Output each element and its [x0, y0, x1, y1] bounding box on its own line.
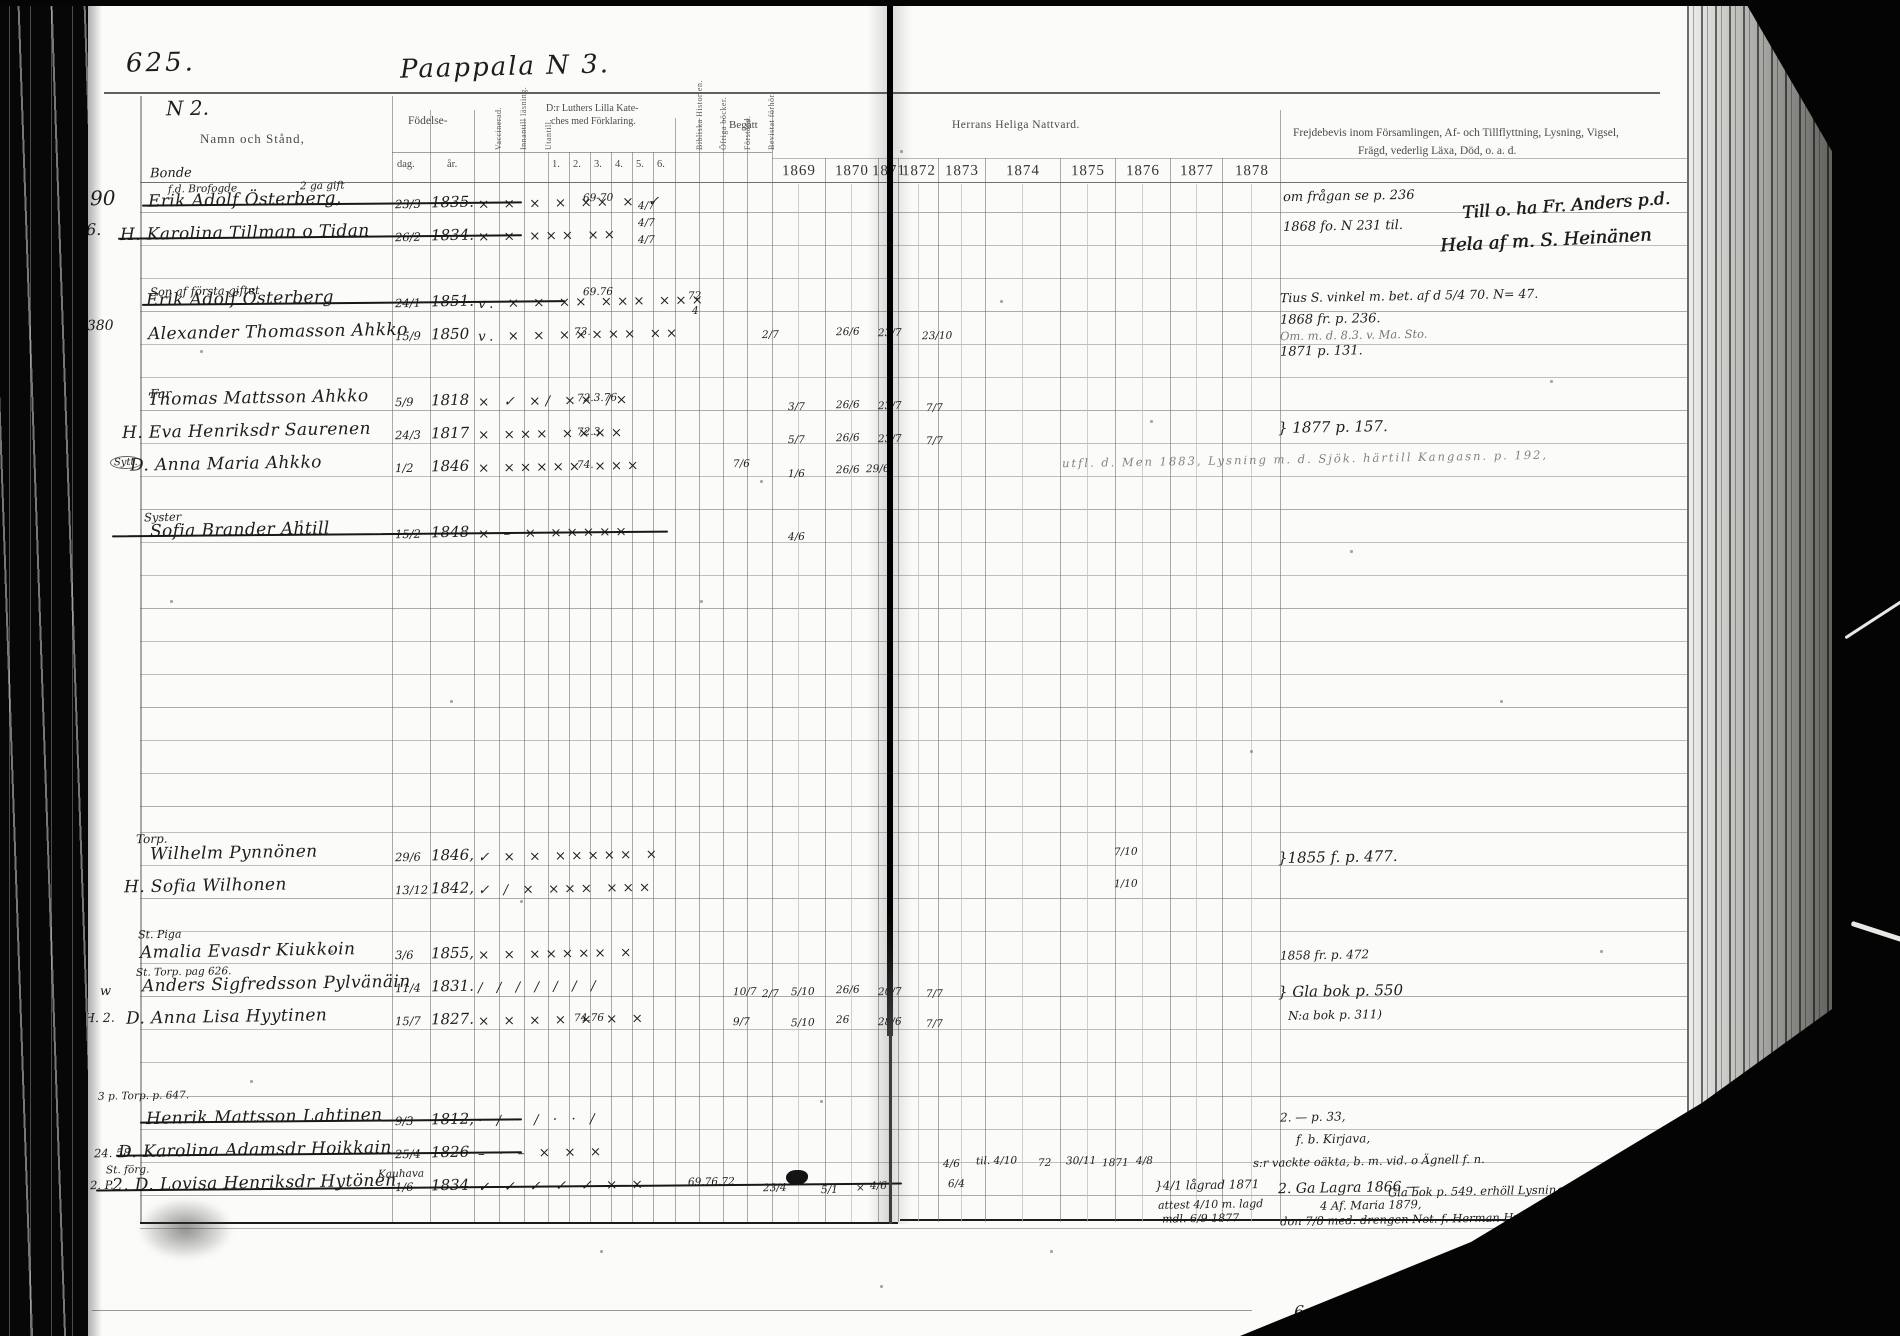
dust-speck: [300, 520, 303, 523]
column-line: [1280, 110, 1281, 1222]
dust-speck: [170, 600, 173, 603]
rule-line: [140, 1096, 1687, 1097]
table-bottom-border: [140, 1228, 1687, 1229]
rule-line: [140, 509, 1687, 510]
col-header-catechism-2: ches med Förklaring.: [551, 116, 636, 127]
column-line: [675, 118, 676, 1222]
birth-day: 3/6: [395, 948, 414, 962]
rule-line: [140, 740, 1687, 741]
grid-entry: 72.3.76: [577, 392, 617, 405]
dust-speck: [1050, 1250, 1053, 1253]
grid-entry: 7/6: [733, 458, 750, 470]
birth-year: 1827.: [431, 1010, 474, 1029]
column-line: [985, 158, 986, 1222]
dust-speck: [330, 950, 333, 953]
header-rule: [392, 152, 772, 153]
reading-marks: × × × × × × ×: [478, 1011, 648, 1030]
grid-entry: 26/6: [836, 432, 860, 444]
dust-speck: [700, 600, 703, 603]
annotation: f. b. Kirjava,: [1296, 1131, 1370, 1146]
rule-line: [140, 674, 1687, 675]
grid-entry: 69.76: [583, 286, 613, 299]
annotation: om frågan se p. 236: [1283, 188, 1415, 205]
grid-entry: 2/7: [762, 988, 779, 1000]
grid-entry: 1/10: [1114, 878, 1138, 890]
dust-speck: [1600, 950, 1603, 953]
grid-entry: ×: [856, 1182, 865, 1194]
rule-line: [140, 476, 1687, 477]
dust-speck: [760, 480, 763, 483]
column-line: [524, 118, 525, 1222]
column-subline: [961, 184, 962, 1222]
grid-entry: 7/7: [926, 402, 943, 414]
annotation: }4/1 lågrad 1871: [1155, 1177, 1260, 1193]
scan-left-edge: [0, 0, 88, 1336]
catechism-col-label: 1.: [552, 159, 560, 170]
grid-entry: 5/7: [788, 434, 805, 446]
year-label: 1876: [1126, 163, 1160, 181]
reading-marks: × ××× ××××: [478, 425, 627, 444]
rule-line: [140, 608, 1687, 609]
rule-line: [140, 575, 1687, 576]
person-name: D. Anna Maria Ahkko: [130, 452, 322, 475]
header-rule: [140, 182, 1687, 183]
annotation: 1868 fr. p. 236.: [1280, 311, 1381, 328]
column-subline: [1142, 184, 1143, 1222]
grid-entry: 3/7: [788, 401, 805, 413]
scan-top-edge: [0, 0, 1900, 6]
birth-day: 1/2: [395, 461, 414, 475]
scanned-church-record-page: 625. Paappala N 3. N 2. Namn och Stånd, …: [0, 0, 1900, 1336]
person-name: Wilhelm Pynnönen: [150, 842, 318, 865]
margin-note: 3 p. Torp. p. 647.: [98, 1089, 189, 1103]
year-label: 1873: [945, 163, 979, 181]
rule-line: [140, 377, 1687, 378]
annotation: attest 4/10 m. lagd: [1158, 1197, 1263, 1212]
catechism-col-label: 3.: [594, 159, 602, 170]
book-fold-line-lower: [889, 1034, 892, 1224]
dust-speck: [1250, 750, 1253, 753]
rotated-col-label: Bevistat förhör.: [767, 92, 776, 150]
grid-entry: 30/11: [1066, 1155, 1096, 1168]
column-line: [474, 110, 475, 1222]
birth-year: 1831.: [431, 977, 474, 996]
column-line: [938, 158, 939, 1222]
column-line: [1222, 158, 1223, 1222]
person-name: Erik Adolf Österberg: [146, 287, 334, 310]
column-subline: [1022, 184, 1023, 1222]
annotation: 2. — p. 33,: [1280, 1109, 1346, 1124]
person-name: D. Anna Lisa Hyytinen: [126, 1005, 328, 1029]
col-header-birth-year: år.: [447, 159, 457, 170]
rule-line: [140, 931, 1687, 932]
rotated-col-label: Utantill.: [544, 119, 553, 150]
grid-entry: 7/7: [926, 1018, 943, 1030]
grid-entry: 7/7: [926, 435, 943, 447]
rule-line: [140, 865, 1687, 866]
column-line: [1060, 158, 1061, 1222]
grid-entry: 72: [688, 290, 702, 302]
year-label: 1877: [1180, 163, 1214, 181]
annotation: 1868 fo. N 231 til.: [1283, 218, 1403, 235]
margin-note: St. Piga: [138, 928, 182, 942]
rule-line: [140, 311, 1687, 312]
column-line: [747, 118, 748, 1222]
rule-line: [140, 542, 1687, 543]
birth-year: 1855,: [431, 944, 474, 963]
grid-entry: 74.76: [574, 1012, 604, 1025]
annotation: Om. m. d. 8.3. v. Ma. Sto.: [1280, 327, 1428, 344]
grid-entry: 4/7: [638, 200, 655, 212]
column-line: [772, 110, 773, 1222]
column-subline: [851, 184, 852, 1222]
rule-line: [140, 1129, 1687, 1130]
year-label: 1869: [782, 163, 816, 181]
rule-line: [140, 898, 1687, 899]
person-name: Thomas Mattsson Ahkko: [148, 386, 369, 410]
person-name: Amalia Evasdr Kiukkoin: [140, 939, 356, 963]
column-line: [723, 118, 724, 1222]
column-line: [1170, 158, 1171, 1222]
grid-entry: 26/6: [836, 326, 860, 338]
birth-year: 1818: [431, 391, 469, 410]
grid-entry: 7/7: [926, 988, 943, 1000]
birth-day: 29/6: [395, 850, 421, 864]
rule-line: [140, 1029, 1687, 1030]
page-number: 625.: [126, 47, 196, 78]
column-line: [590, 152, 591, 1222]
birth-year: 1817: [431, 424, 469, 443]
col-header-birth-day: dag.: [397, 159, 415, 170]
table-bottom-border: [140, 1222, 898, 1224]
rotated-col-label: Vaccinerad.: [494, 107, 503, 150]
annotation: } 1877 p. 157.: [1278, 417, 1388, 437]
birth-day: 13/12: [395, 883, 428, 898]
dust-speck: [520, 900, 523, 903]
reading-marks: × × ××××× ×: [478, 945, 637, 964]
rotated-col-label: Innantill läsning.: [519, 87, 528, 150]
book-fold-line: [887, 6, 893, 1036]
rotated-col-label: Förstånd.: [743, 116, 752, 151]
column-line: [699, 118, 700, 1222]
grid-entry: 4/6: [943, 1158, 960, 1170]
annotation: 4 Af. Maria 1879,: [1320, 1197, 1422, 1213]
rule-line: [140, 212, 1687, 213]
rule-line: [140, 278, 1687, 279]
annotation: 1871 p. 131.: [1280, 343, 1363, 359]
rule-line: [140, 832, 1687, 833]
margin-note: Bonde: [150, 166, 192, 182]
year-label: 1875: [1071, 163, 1105, 181]
column-line: [632, 152, 633, 1222]
grid-entry: 1871: [1102, 1157, 1129, 1169]
person-name: Sofia Brander Ahtill: [150, 518, 330, 541]
rule-line: [140, 1062, 1687, 1063]
col-header-catechism-1: D:r Luthers Lilla Kate-: [546, 103, 638, 114]
grid-entry: 26/6: [836, 984, 860, 996]
dust-speck: [250, 1080, 253, 1083]
grid-entry: til. 4/10: [976, 1155, 1017, 1168]
rule-line: [140, 806, 1687, 807]
reading-marks: ✓ / × ××× ×××: [478, 879, 655, 898]
grid-entry: 26: [836, 1014, 850, 1026]
grid-entry: 69.76.72: [688, 1176, 735, 1189]
grid-entry: 73.: [574, 326, 591, 338]
dust-speck: [1150, 420, 1153, 423]
birth-day: 5/9: [395, 395, 414, 409]
col-header-name: Namn och Stånd,: [200, 131, 305, 147]
col-header-birth: Födelse-: [408, 115, 448, 127]
column-line: [430, 110, 431, 1222]
dust-speck: [880, 1285, 883, 1288]
dust-speck: [1550, 380, 1553, 383]
person-name: Erik Adolf Österberg,: [148, 188, 342, 211]
annotation: N:a bok p. 311): [1288, 1007, 1382, 1023]
column-line: [548, 152, 549, 1222]
column-line: [499, 118, 500, 1222]
column-line: [611, 152, 612, 1222]
page-title: Paappala N 3.: [400, 49, 611, 84]
grid-entry: 1/6: [788, 468, 805, 480]
year-label: 1874: [1006, 163, 1040, 181]
col-header-communion-right: Herrans Heliga Nattvard.: [952, 119, 1080, 131]
grid-entry: 4/7: [638, 234, 655, 246]
dust-speck: [1000, 300, 1003, 303]
reading-marks: / / / / / / /: [478, 978, 601, 996]
grid-entry: 9/7: [733, 1016, 750, 1028]
grid-entry: 4: [692, 305, 699, 317]
column-line: [392, 96, 393, 1222]
column-subline: [798, 184, 799, 1222]
birth-day: 15/9: [395, 329, 421, 343]
page-left-shadow: [88, 6, 102, 1336]
birth-year: 1834: [431, 1176, 469, 1195]
column-subline: [918, 184, 919, 1222]
grid-entry: 72: [1038, 1157, 1052, 1169]
column-line: [140, 96, 142, 1222]
rotated-col-label: Öfriga böcker.: [719, 97, 728, 150]
grid-entry: 74.: [577, 459, 594, 471]
rotated-col-label: Bibliska Historien.: [695, 80, 704, 150]
column-line: [825, 158, 826, 1222]
col-header-remarks-2: Frägd, vederlig Läxa, Död, o. a. d.: [1358, 145, 1516, 157]
rule-line: [140, 963, 1687, 964]
column-subline: [1087, 184, 1088, 1222]
dust-speck: [600, 1250, 603, 1253]
birth-day: 24/3: [395, 428, 421, 442]
catechism-col-label: 5.: [636, 159, 644, 170]
col-header-remarks-1: Frejdebevis inom Församlingen, Af- och T…: [1293, 127, 1619, 139]
catechism-col-label: 6.: [657, 159, 665, 170]
entry-number: N 2.: [166, 96, 209, 121]
annotation: } Gla bok p. 550: [1278, 981, 1403, 1001]
column-line: [1115, 158, 1116, 1222]
grid-entry: 4/6: [788, 531, 805, 543]
annotation: }1855 f. p. 477.: [1278, 847, 1398, 867]
birth-year: 1842,: [431, 879, 474, 898]
reading-marks: ✓ × × ××××× ×: [478, 846, 662, 865]
scan-smudge: [138, 1198, 233, 1260]
dust-speck: [820, 1100, 823, 1103]
grid-entry: 69-70: [583, 192, 613, 205]
year-label: 1870: [835, 163, 869, 181]
dust-speck: [450, 700, 453, 703]
column-subline: [1251, 184, 1252, 1222]
birth-day: 15/7: [395, 1014, 421, 1028]
grid-entry: 5/10: [791, 1017, 815, 1029]
rule-line: [140, 996, 1687, 997]
column-line: [569, 152, 570, 1222]
grid-entry: 4/7: [638, 217, 655, 229]
column-line: [653, 152, 654, 1222]
grid-entry: 72.3.: [577, 426, 604, 438]
rule-line: [140, 641, 1687, 642]
grid-entry: 6/4: [948, 1178, 965, 1190]
grid-entry: 7/10: [1114, 846, 1138, 858]
rule-line: [140, 443, 1687, 444]
grid-entry: 23/4: [763, 1182, 787, 1194]
rule-line: [140, 707, 1687, 708]
annotation: 1858 fr. p. 472: [1280, 947, 1369, 963]
grid-entry: 2/7: [762, 329, 779, 341]
grid-entry: 23/10: [922, 330, 952, 343]
rule-line: [140, 344, 1687, 345]
catechism-col-label: 4.: [615, 159, 623, 170]
annotation: mdl. 6/9 1877: [1162, 1211, 1239, 1225]
reading-marks: × ××××× ×××: [478, 458, 644, 477]
column-subline: [1196, 184, 1197, 1222]
birth-day: 11/4: [395, 981, 421, 995]
rule-line: [140, 410, 1687, 411]
dust-speck: [1500, 700, 1503, 703]
grid-entry: 5/1: [821, 1184, 838, 1196]
person-name: Henrik Mattsson Lahtinen: [146, 1105, 383, 1129]
birth-year: 1846: [431, 457, 469, 476]
year-label: 1878: [1235, 163, 1269, 181]
page-bottom-edge: [92, 1310, 1252, 1311]
grid-entry: 4/8: [1136, 1155, 1153, 1167]
grid-entry: 10/7: [733, 986, 757, 998]
catechism-col-label: 2.: [573, 159, 581, 170]
birth-year: 1846,: [431, 846, 474, 865]
person-name: H. Sofia Wilhonen: [124, 875, 287, 898]
dust-speck: [1350, 550, 1353, 553]
rule-line: [140, 773, 1687, 774]
grid-entry: 26/6: [836, 464, 860, 476]
grid-entry: 5/10: [791, 986, 815, 998]
birth-year: 1850: [431, 325, 469, 344]
dust-speck: [200, 350, 203, 353]
grid-entry: 26/6: [836, 399, 860, 411]
